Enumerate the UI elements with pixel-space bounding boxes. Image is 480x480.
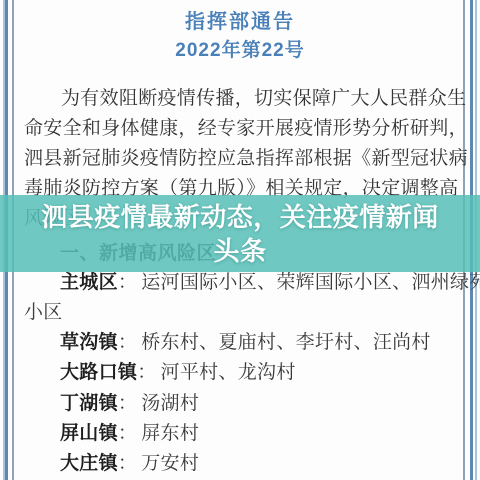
district-label: 屏山镇 [60, 423, 118, 444]
district-areas: 万安村 [141, 453, 199, 474]
headline-line-2: 头条 [213, 234, 266, 268]
headline-overlay-banner[interactable]: 泗县疫情最新动态，关注疫情新闻 头条 [0, 195, 480, 272]
notice-title: 指挥部通告 [0, 5, 480, 34]
district-areas: 河平村、龙沟村 [161, 362, 296, 383]
district-colon: ： [137, 362, 156, 383]
district-label: 主城区 [60, 272, 118, 293]
district-row-dazhuangzhen: 大庄镇：万安村 [60, 453, 199, 475]
district-row-dalukouzhen: 大路口镇：河平村、龙沟村 [60, 362, 296, 384]
district-row-caogouzhen: 草沟镇：桥东村、夏庙村、李圩村、汪尚村 [60, 332, 431, 354]
paragraph-line-1: 为有效阻断疫情传播，切实保障广大人民群众生 [61, 88, 466, 110]
district-label: 草沟镇 [60, 332, 118, 353]
district-row-dinghuzhen: 丁湖镇：汤湖村 [60, 393, 199, 415]
district-colon: ： [118, 393, 137, 414]
notice-issue-number: 2022年第22号 [0, 35, 480, 62]
district-areas: 屏东村 [141, 423, 199, 444]
notice-page: 指挥部通告 2022年第22号 为有效阻断疫情传播，切实保障广大人民群众生 命安… [0, 0, 480, 480]
district-colon: ： [118, 423, 137, 444]
district-label: 丁湖镇 [60, 393, 118, 414]
district-colon: ： [118, 272, 137, 293]
district-areas-continuation: 小区 [24, 302, 63, 324]
district-row-pingshanzhen: 屏山镇：屏东村 [60, 423, 199, 445]
district-areas: 桥东村、夏庙村、李圩村、汪尚村 [141, 332, 431, 353]
paragraph-line-2: 命安全和身体健康，经专家开展疫情形势分析研判， [24, 118, 468, 140]
district-colon: ： [118, 332, 137, 353]
district-areas: 汤湖村 [141, 393, 199, 414]
paragraph-line-3: 泗县新冠肺炎疫情防控应急指挥部根据《新型冠状病 [24, 148, 468, 170]
district-row-zhuchengqu: 主城区：运河国际小区、荣辉国际小区、泗州绿苑 [60, 272, 480, 294]
district-label: 大路口镇 [60, 362, 137, 383]
district-label: 大庄镇 [60, 453, 118, 474]
headline-line-1: 泗县疫情最新动态，关注疫情新闻 [41, 200, 439, 234]
district-areas: 运河国际小区、荣辉国际小区、泗州绿苑 [141, 272, 480, 293]
district-colon: ： [118, 453, 137, 474]
